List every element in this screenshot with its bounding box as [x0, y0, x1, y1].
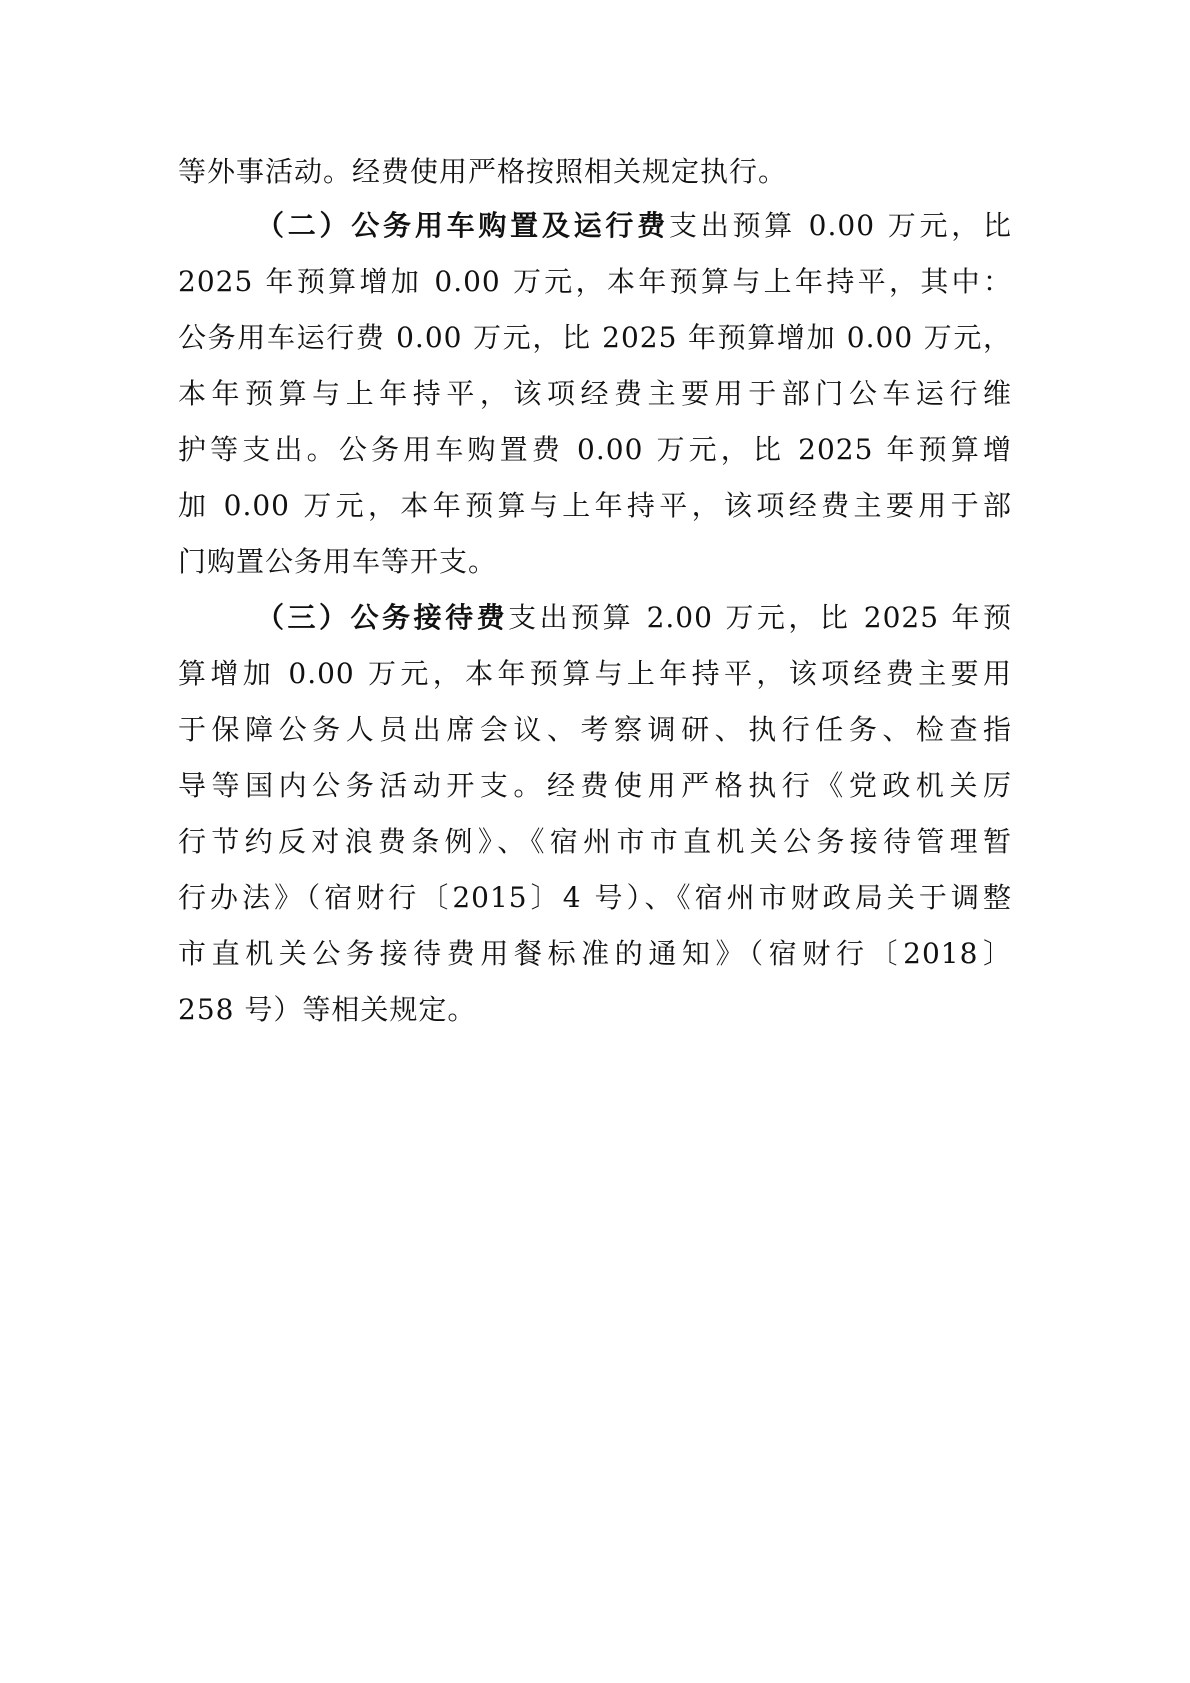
text-line: 护等支出。公务用车购置费 0.00 万元，比 2025 年预算增 [178, 430, 1012, 470]
text-segment: 支出预算 0.00 万元，比 [669, 209, 1012, 242]
text-line: 市直机关公务接待费用餐标准的通知》（宿财行〔2018〕 [178, 934, 1012, 974]
text-line: 公务用车运行费 0.00 万元，比 2025 年预算增加 0.00 万元， [178, 318, 1012, 358]
text-line: 算增加 0.00 万元，本年预算与上年持平，该项经费主要用 [178, 654, 1012, 694]
section-heading-vehicles: （二）公务用车购置及运行费 [256, 209, 669, 242]
section-heading-line: （三）公务接待费支出预算 2.00 万元，比 2025 年预 [256, 598, 1012, 638]
text-line: 于保障公务人员出席会议、考察调研、执行任务、检查指 [178, 710, 1012, 750]
text-line: 导等国内公务活动开支。经费使用严格执行《党政机关厉 [178, 766, 1012, 806]
text-segment: 支出预算 2.00 万元，比 2025 年预 [508, 601, 1012, 634]
text-line: 258 号）等相关规定。 [178, 990, 1012, 1030]
document-page: 等外事活动。经费使用严格按照相关规定执行。 （二）公务用车购置及运行费支出预算 … [0, 0, 1190, 1683]
text-line: 行办法》（宿财行〔2015〕4 号）、《宿州市财政局关于调整 [178, 878, 1012, 918]
text-line: 等外事活动。经费使用严格按照相关规定执行。 [178, 152, 1012, 192]
section-heading-line: （二）公务用车购置及运行费支出预算 0.00 万元，比 [256, 206, 1012, 246]
text-line: 2025 年预算增加 0.00 万元，本年预算与上年持平，其中： [178, 262, 1012, 302]
text-line: 加 0.00 万元，本年预算与上年持平，该项经费主要用于部 [178, 486, 1012, 526]
text-line: 本年预算与上年持平，该项经费主要用于部门公车运行维 [178, 374, 1012, 414]
text-line: 门购置公务用车等开支。 [178, 542, 1012, 582]
section-heading-reception: （三）公务接待费 [256, 601, 508, 634]
text-line: 行节约反对浪费条例》、《宿州市市直机关公务接待管理暂 [178, 822, 1012, 862]
